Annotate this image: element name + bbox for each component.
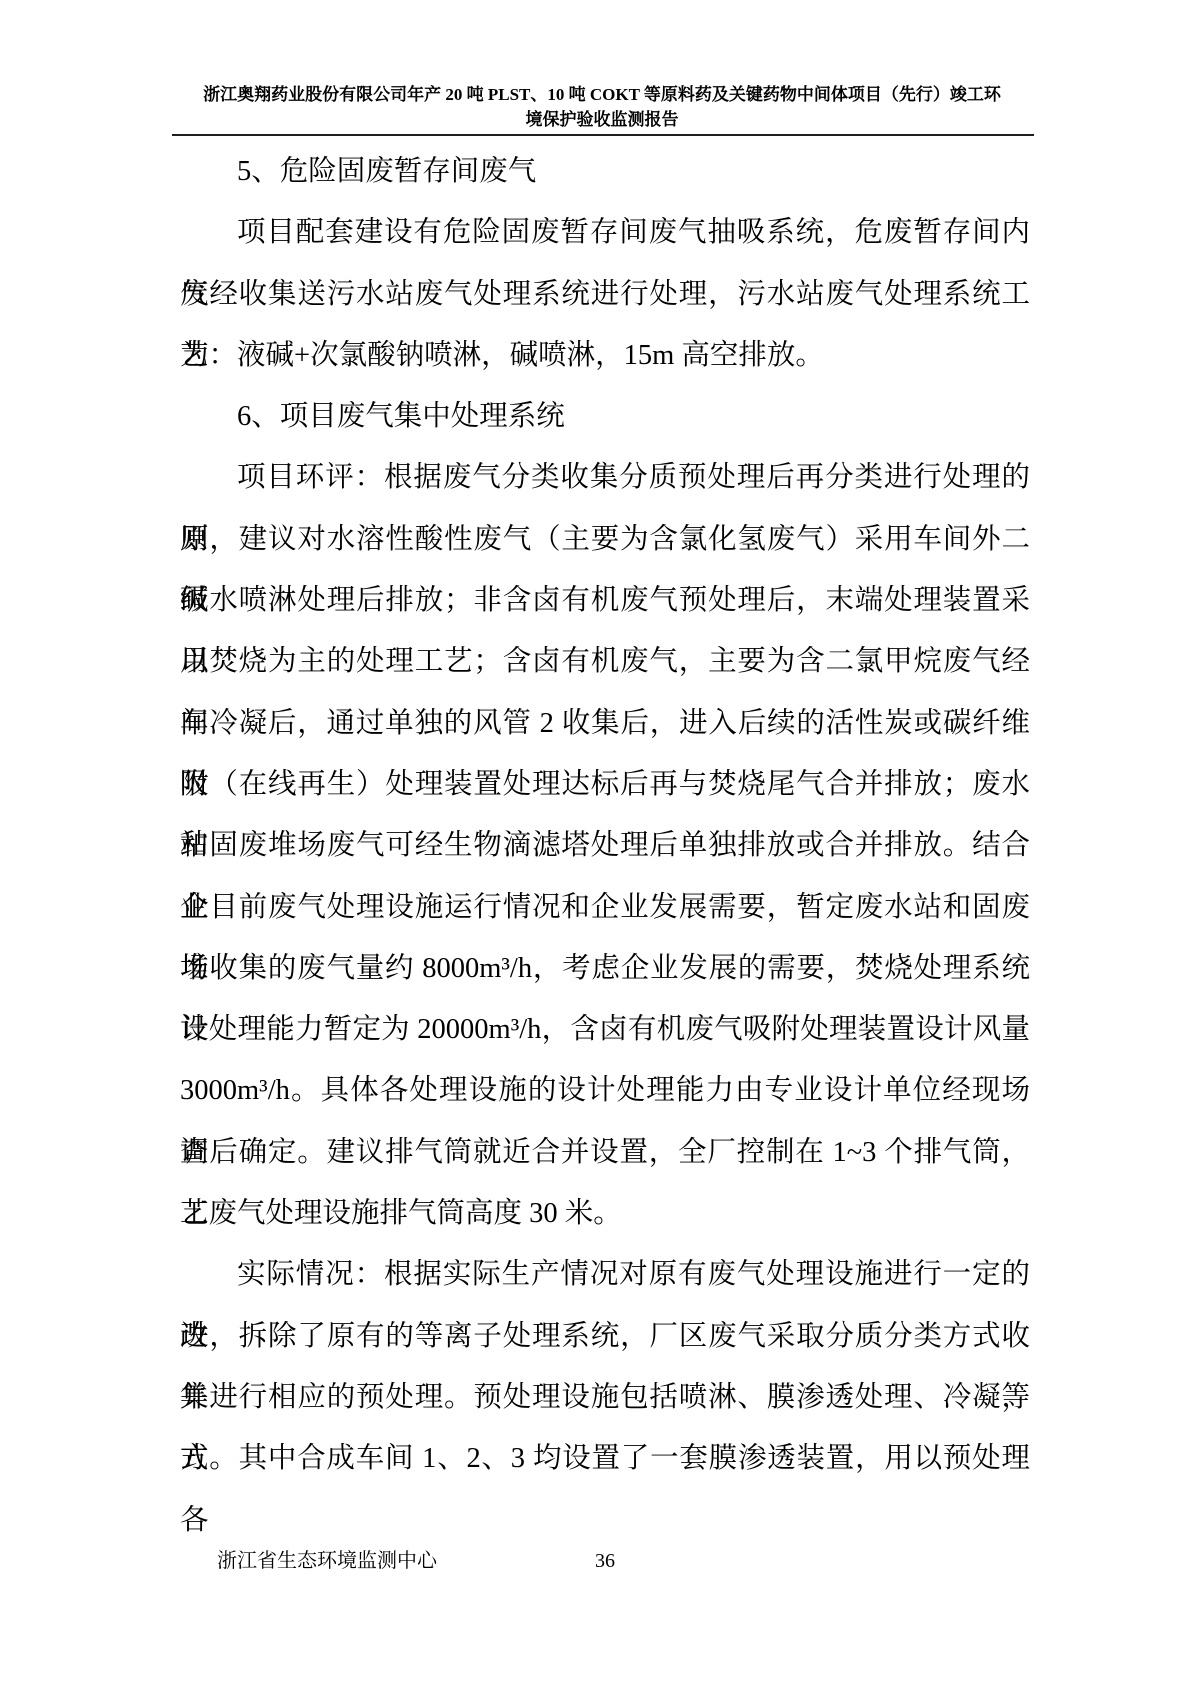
text-line: 以焚烧为主的处理工艺；含卤有机废气，主要为含二氯甲烷废气经车 <box>180 631 1030 692</box>
header-title-line-1: 浙江奥翔药业股份有限公司年产 20 吨 PLST、10 吨 COKT 等原料药及… <box>170 82 1034 107</box>
page-header: 浙江奥翔药业股份有限公司年产 20 吨 PLST、10 吨 COKT 等原料药及… <box>170 82 1034 132</box>
header-divider <box>172 134 1034 136</box>
text-line: 式。其中合成车间 1、2、3 均设置了一套膜渗透装置，用以预处理各 <box>180 1428 1030 1489</box>
text-line: 场收集的废气量约 8000m³/h，考虑企业发展的需要，焚烧处理系统设 <box>180 938 1030 999</box>
text-line: 进，拆除了原有的等离子处理系统，厂区废气采取分质分类方式收集， <box>180 1306 1030 1367</box>
section-heading-6: 6、项目废气集中处理系统 <box>180 386 1030 447</box>
text-line: 实际情况：根据实际生产情况对原有废气处理设施进行一定的改 <box>180 1244 1030 1305</box>
text-line: 并进行相应的预处理。预处理设施包括喷淋、膜渗透处理、冷凝等方 <box>180 1367 1030 1428</box>
text-line: 附（在线再生）处理装置处理达标后再与焚烧尾气合并排放；废水站 <box>180 754 1030 815</box>
text-line: 艺废气处理设施排气筒高度 30 米。 <box>180 1183 1030 1244</box>
text-line: 气经收集送污水站废气处理系统进行处理，污水站废气处理系统工艺 <box>180 264 1030 325</box>
footer-page-number: 36 <box>180 1546 1030 1576</box>
text-line: 则，建议对水溶性酸性废气（主要为含氯化氢废气）采用车间外二级 <box>180 509 1030 570</box>
header-title-line-2: 境保护验收监测报告 <box>170 107 1034 132</box>
text-line: 查后确定。建议排气筒就近合并设置，全厂控制在 1~3 个排气筒，工 <box>180 1122 1030 1183</box>
text-line: 项目环评：根据废气分类收集分质预处理后再分类进行处理的原 <box>180 447 1030 508</box>
text-line: 间冷凝后，通过单独的风管 2 收集后，进入后续的活性炭或碳纤维吸 <box>180 693 1030 754</box>
text-line: 和固废堆场废气可经生物滴滤塔处理后单独排放或合并排放。结合企 <box>180 815 1030 876</box>
text-line: 业目前废气处理设施运行情况和企业发展需要，暂定废水站和固废堆 <box>180 877 1030 938</box>
text-line: 碱水喷淋处理后排放；非含卤有机废气预处理后，末端处理装置采用 <box>180 570 1030 631</box>
text-line: 计处理能力暂定为 20000m³/h，含卤有机废气吸附处理装置设计风量 <box>180 999 1030 1060</box>
text-line: 为：液碱+次氯酸钠喷淋，碱喷淋，15m 高空排放。 <box>180 325 1030 386</box>
document-page: 浙江奥翔药业股份有限公司年产 20 吨 PLST、10 吨 COKT 等原料药及… <box>0 0 1190 1683</box>
text-line: 项目配套建设有危险固废暂存间废气抽吸系统，危废暂存间内废 <box>180 202 1030 263</box>
section-heading-5: 5、危险固废暂存间废气 <box>180 141 1030 202</box>
document-body: 5、危险固废暂存间废气 项目配套建设有危险固废暂存间废气抽吸系统，危废暂存间内废… <box>180 141 1030 1490</box>
text-line: 3000m³/h。具体各处理设施的设计处理能力由专业设计单位经现场调 <box>180 1060 1030 1121</box>
page-footer: 浙江省生态环境监测中心 36 <box>180 1546 1030 1576</box>
